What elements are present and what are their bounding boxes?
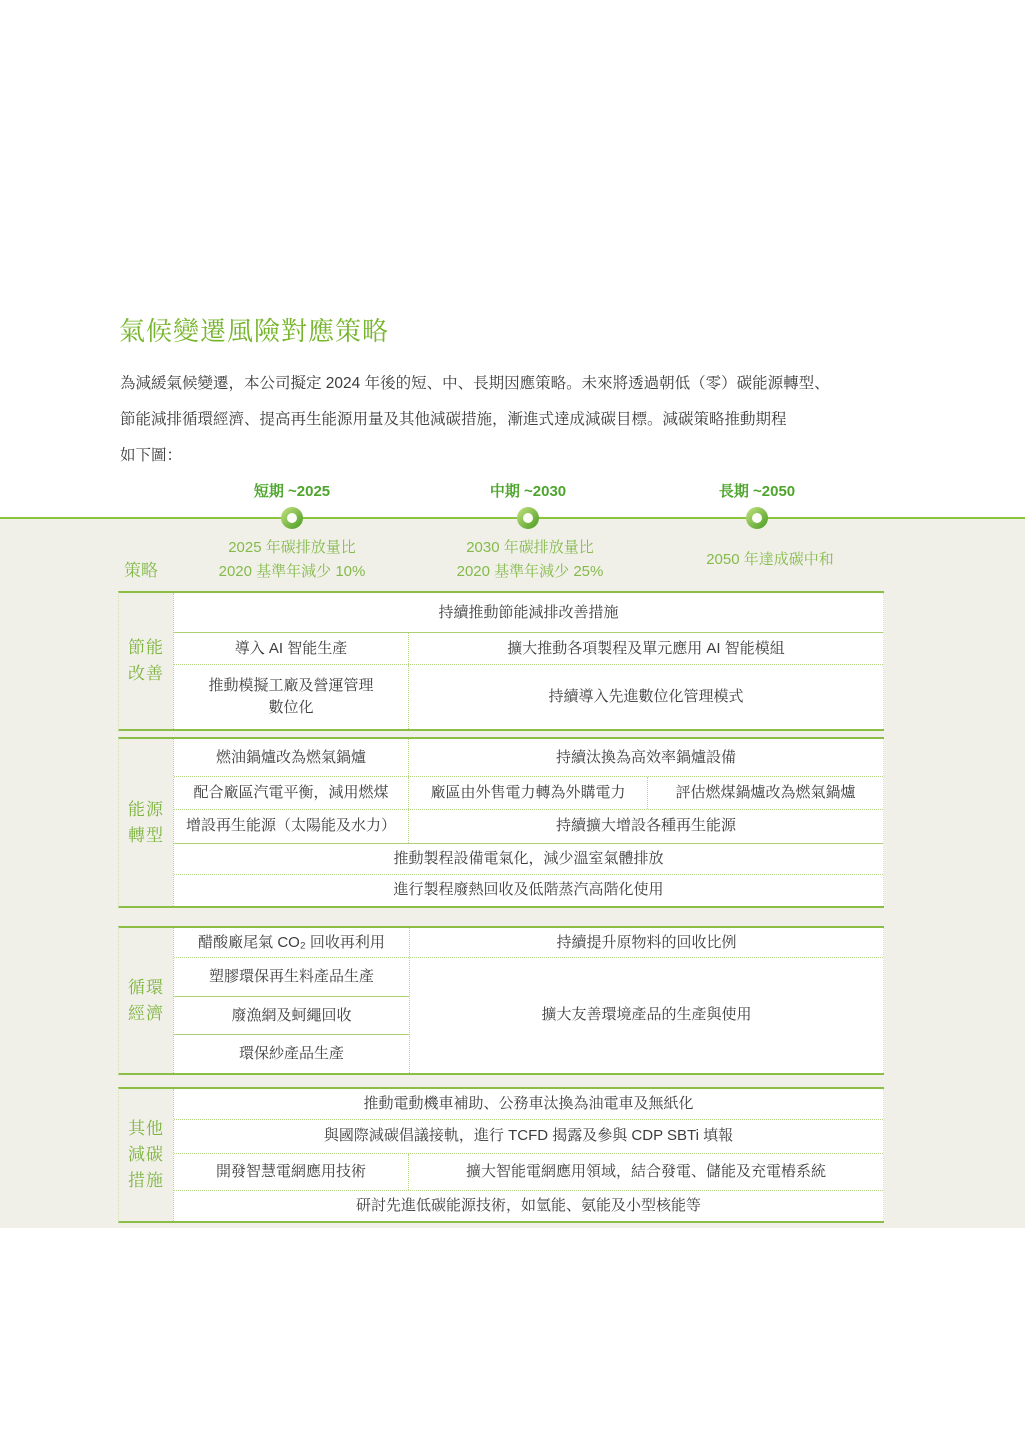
section-energy-saving-improvement: 節能 改善 持續推動節能減排改善措施 導入 AI 智能生產 擴大推動各項製程及單… bbox=[118, 591, 884, 731]
table-cell: 廢漁網及蚵繩回收 bbox=[174, 997, 409, 1035]
table-cell: 塑膠環保再生料產品生產 bbox=[174, 958, 409, 997]
table-row-group: 醋酸廠尾氣 CO₂ 回收再利用 塑膠環保再生料產品生產 廢漁網及蚵繩回收 環保紗… bbox=[174, 928, 883, 1073]
table-row: 推動模擬工廠及營運管理 數位化 持續導入先進數位化管理模式 bbox=[174, 665, 883, 729]
table-cell: 持續提升原物料的回收比例 bbox=[410, 928, 883, 958]
timeline-dot-icon bbox=[517, 507, 539, 529]
report-page: 氣候變遷風險對應策略 為減緩氣候變遷，本公司擬定 2024 年後的短、中、長期因… bbox=[0, 0, 1025, 1450]
table-cell: 環保紗產品生產 bbox=[174, 1035, 409, 1073]
timeline-dot-icon bbox=[746, 507, 768, 529]
intro-line: 為減緩氣候變遷，本公司擬定 2024 年後的短、中、長期因應策略。未來將透過朝低… bbox=[120, 366, 920, 402]
table-cell: 擴大智能電網應用領域，結合發電、儲能及充電樁系統 bbox=[409, 1154, 883, 1190]
table-row: 推動製程設備電氣化，減少溫室氣體排放 bbox=[174, 844, 883, 875]
milestone-label-short-term: 短期 ~2025 bbox=[192, 480, 392, 501]
table-cell: 持續汰換為高效率鍋爐設備 bbox=[409, 739, 883, 776]
table-cell: 開發智慧電網應用技術 bbox=[174, 1154, 409, 1190]
table-cell: 評估燃煤鍋爐改為燃氣鍋爐 bbox=[648, 777, 883, 809]
section-table: 推動電動機車補助、公務車汰換為油電車及無紙化 與國際減碳倡議接軌，進行 TCFD… bbox=[173, 1089, 884, 1221]
table-cell: 持續推動節能減排改善措施 bbox=[174, 593, 883, 632]
timeline-dot-core bbox=[752, 513, 762, 523]
table-cell: 廠區由外售電力轉為外購電力 bbox=[409, 777, 648, 809]
table-cell: 進行製程廢熱回收及低階蒸汽高階化使用 bbox=[174, 875, 883, 906]
table-cell: 擴大推動各項製程及單元應用 AI 智能模組 bbox=[409, 633, 883, 664]
section-label: 其他 減碳 措施 bbox=[119, 1089, 173, 1221]
table-cell: 醋酸廠尾氣 CO₂ 回收再利用 bbox=[174, 928, 409, 958]
section-table: 醋酸廠尾氣 CO₂ 回收再利用 塑膠環保再生料產品生產 廢漁網及蚵繩回收 環保紗… bbox=[173, 928, 884, 1073]
section-table: 持續推動節能減排改善措施 導入 AI 智能生產 擴大推動各項製程及單元應用 AI… bbox=[173, 593, 884, 729]
timeline-axis bbox=[0, 517, 1025, 519]
table-cell: 持續導入先進數位化管理模式 bbox=[409, 665, 883, 729]
table-cell: 研討先進低碳能源技術，如氫能、氨能及小型核能等 bbox=[174, 1191, 883, 1221]
table-right-column: 持續提升原物料的回收比例 擴大友善環境產品的生產與使用 bbox=[410, 928, 883, 1073]
table-row: 燃油鍋爐改為燃氣鍋爐 持續汰換為高效率鍋爐設備 bbox=[174, 739, 883, 777]
table-cell: 增設再生能源（太陽能及水力） bbox=[174, 810, 409, 842]
intro-line: 節能減排循環經濟、提高再生能源用量及其他減碳措施，漸進式達成減碳目標。減碳策略推… bbox=[120, 402, 920, 438]
table-cell: 與國際減碳倡議接軌，進行 TCFD 揭露及參與 CDP SBTi 填報 bbox=[174, 1120, 883, 1152]
goal-2025: 2025 年碳排放量比 2020 基準年減少 10% bbox=[182, 536, 402, 584]
table-row: 開發智慧電網應用技術 擴大智能電網應用領域，結合發電、儲能及充電樁系統 bbox=[174, 1154, 883, 1191]
goal-2050: 2050 年達成碳中和 bbox=[640, 548, 900, 572]
timeline-dot-core bbox=[287, 513, 297, 523]
section-circular-economy: 循環 經濟 醋酸廠尾氣 CO₂ 回收再利用 塑膠環保再生料產品生產 廢漁網及蚵繩… bbox=[118, 926, 884, 1075]
goal-2030: 2030 年碳排放量比 2020 基準年減少 25% bbox=[420, 536, 640, 584]
section-label: 節能 改善 bbox=[119, 593, 173, 729]
table-row: 研討先進低碳能源技術，如氫能、氨能及小型核能等 bbox=[174, 1191, 883, 1221]
intro-paragraph: 為減緩氣候變遷，本公司擬定 2024 年後的短、中、長期因應策略。未來將透過朝低… bbox=[120, 366, 920, 474]
table-row: 與國際減碳倡議接軌，進行 TCFD 揭露及參與 CDP SBTi 填報 bbox=[174, 1120, 883, 1153]
table-left-column: 醋酸廠尾氣 CO₂ 回收再利用 塑膠環保再生料產品生產 廢漁網及蚵繩回收 環保紗… bbox=[174, 928, 410, 1073]
section-label: 循環 經濟 bbox=[119, 928, 173, 1073]
table-row: 增設再生能源（太陽能及水力） 持續擴大增設各種再生能源 bbox=[174, 810, 883, 843]
table-cell: 燃油鍋爐改為燃氣鍋爐 bbox=[174, 739, 409, 776]
strategy-row-label: 策略 bbox=[124, 556, 158, 581]
table-row: 導入 AI 智能生產 擴大推動各項製程及單元應用 AI 智能模組 bbox=[174, 633, 883, 665]
table-cell: 推動製程設備電氣化，減少溫室氣體排放 bbox=[174, 844, 883, 874]
milestone-label-long-term: 長期 ~2050 bbox=[657, 480, 857, 501]
table-cell: 推動模擬工廠及營運管理 數位化 bbox=[174, 665, 409, 729]
section-table: 燃油鍋爐改為燃氣鍋爐 持續汰換為高效率鍋爐設備 配合廠區汽電平衡，減用燃煤 廠區… bbox=[173, 739, 884, 906]
section-energy-transition: 能源 轉型 燃油鍋爐改為燃氣鍋爐 持續汰換為高效率鍋爐設備 配合廠區汽電平衡，減… bbox=[118, 737, 884, 908]
table-row: 進行製程廢熱回收及低階蒸汽高階化使用 bbox=[174, 875, 883, 906]
page-title: 氣候變遷風險對應策略 bbox=[119, 311, 389, 348]
table-cell: 持續擴大增設各種再生能源 bbox=[409, 810, 883, 842]
section-label: 能源 轉型 bbox=[119, 739, 173, 906]
section-other-carbon-reduction: 其他 減碳 措施 推動電動機車補助、公務車汰換為油電車及無紙化 與國際減碳倡議接… bbox=[118, 1087, 884, 1223]
table-cell: 擴大友善環境產品的生產與使用 bbox=[410, 958, 883, 1072]
table-cell: 推動電動機車補助、公務車汰換為油電車及無紙化 bbox=[174, 1089, 883, 1119]
table-row: 配合廠區汽電平衡，減用燃煤 廠區由外售電力轉為外購電力 評估燃煤鍋爐改為燃氣鍋爐 bbox=[174, 777, 883, 810]
milestone-label-mid-term: 中期 ~2030 bbox=[428, 480, 628, 501]
timeline-dot-icon bbox=[281, 507, 303, 529]
table-cell: 導入 AI 智能生產 bbox=[174, 633, 409, 664]
table-row: 持續推動節能減排改善措施 bbox=[174, 593, 883, 633]
table-row: 推動電動機車補助、公務車汰換為油電車及無紙化 bbox=[174, 1089, 883, 1120]
intro-line: 如下圖： bbox=[120, 438, 920, 474]
table-cell: 配合廠區汽電平衡，減用燃煤 bbox=[174, 777, 409, 809]
timeline-dot-core bbox=[523, 513, 533, 523]
